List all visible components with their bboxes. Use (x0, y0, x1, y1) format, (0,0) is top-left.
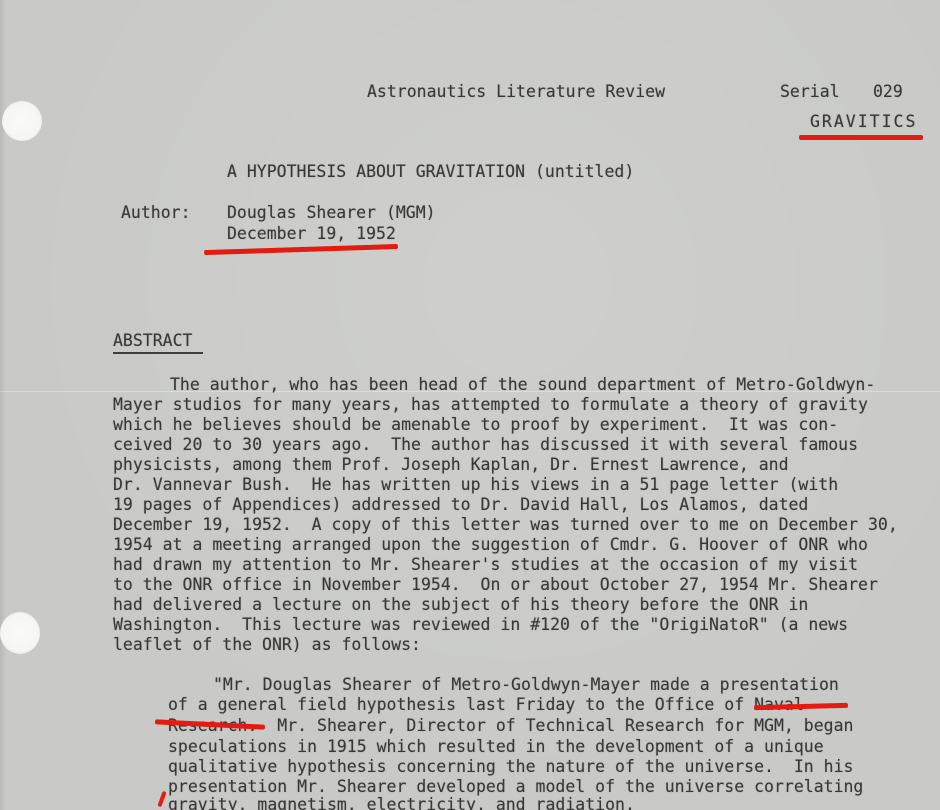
scanned-document-page: Astronautics Literature Review Serial 02… (0, 0, 940, 810)
author-date: December 19, 1952 (227, 224, 396, 244)
abstract-line: Mayer studios for many years, has attemp… (113, 395, 868, 415)
abstract-line: physicists, among them Prof. Joseph Kapl… (113, 455, 789, 475)
quote-line: qualitative hypothesis concerning the na… (168, 757, 853, 777)
author-label: Author: (121, 203, 191, 223)
serial-label: Serial (780, 82, 840, 102)
quote-line: "Mr. Douglas Shearer of Metro-Goldwyn-Ma… (213, 675, 839, 695)
abstract-line: to the ONR office in November 1954. On o… (113, 575, 878, 595)
quote-line: presentation Mr. Shearer developed a mod… (168, 777, 863, 797)
abstract-line: 1954 at a meeting arranged upon the sugg… (113, 535, 868, 555)
red-underline-gravitics (799, 135, 923, 140)
category-gravitics: GRAVITICS (810, 112, 917, 132)
abstract-line: leaflet of the ONR) as follows: (113, 635, 421, 655)
author-name: Douglas Shearer (MGM) (227, 203, 436, 223)
quote-line: gravity, magnetism, electricity, and rad… (168, 795, 635, 810)
abstract-line: 19 pages of Appendices) addressed to Dr.… (113, 495, 808, 515)
document-title: A HYPOTHESIS ABOUT GRAVITATION (untitled… (227, 162, 634, 182)
abstract-line: The author, who has been head of the sou… (170, 375, 875, 395)
red-margin-tick (157, 791, 166, 807)
abstract-heading-text: ABSTRACT (113, 331, 203, 354)
abstract-line: had delivered a lecture on the subject o… (113, 595, 808, 615)
quote-line: Research. Mr. Shearer, Director of Techn… (168, 716, 853, 736)
abstract-line: December 19, 1952. A copy of this letter… (113, 515, 898, 535)
punch-hole-bottom (0, 612, 40, 654)
quote-line: speculations in 1915 which resulted in t… (168, 737, 824, 757)
punch-hole-top (2, 101, 42, 141)
abstract-line: ceived 20 to 30 years ago. The author ha… (113, 435, 858, 455)
abstract-line: Washington. This lecture was reviewed in… (113, 615, 848, 635)
serial-number: 029 (873, 82, 903, 102)
quote-line: of a general field hypothesis last Frida… (168, 695, 804, 715)
abstract-line: which he believes should be amenable to … (113, 415, 838, 435)
review-title: Astronautics Literature Review (367, 82, 665, 102)
abstract-line: Dr. Vannevar Bush. He has written up his… (113, 475, 838, 495)
abstract-heading: ABSTRACT (113, 331, 203, 351)
abstract-line: had drawn my attention to Mr. Shearer's … (113, 555, 858, 575)
red-underline-date (204, 244, 398, 255)
